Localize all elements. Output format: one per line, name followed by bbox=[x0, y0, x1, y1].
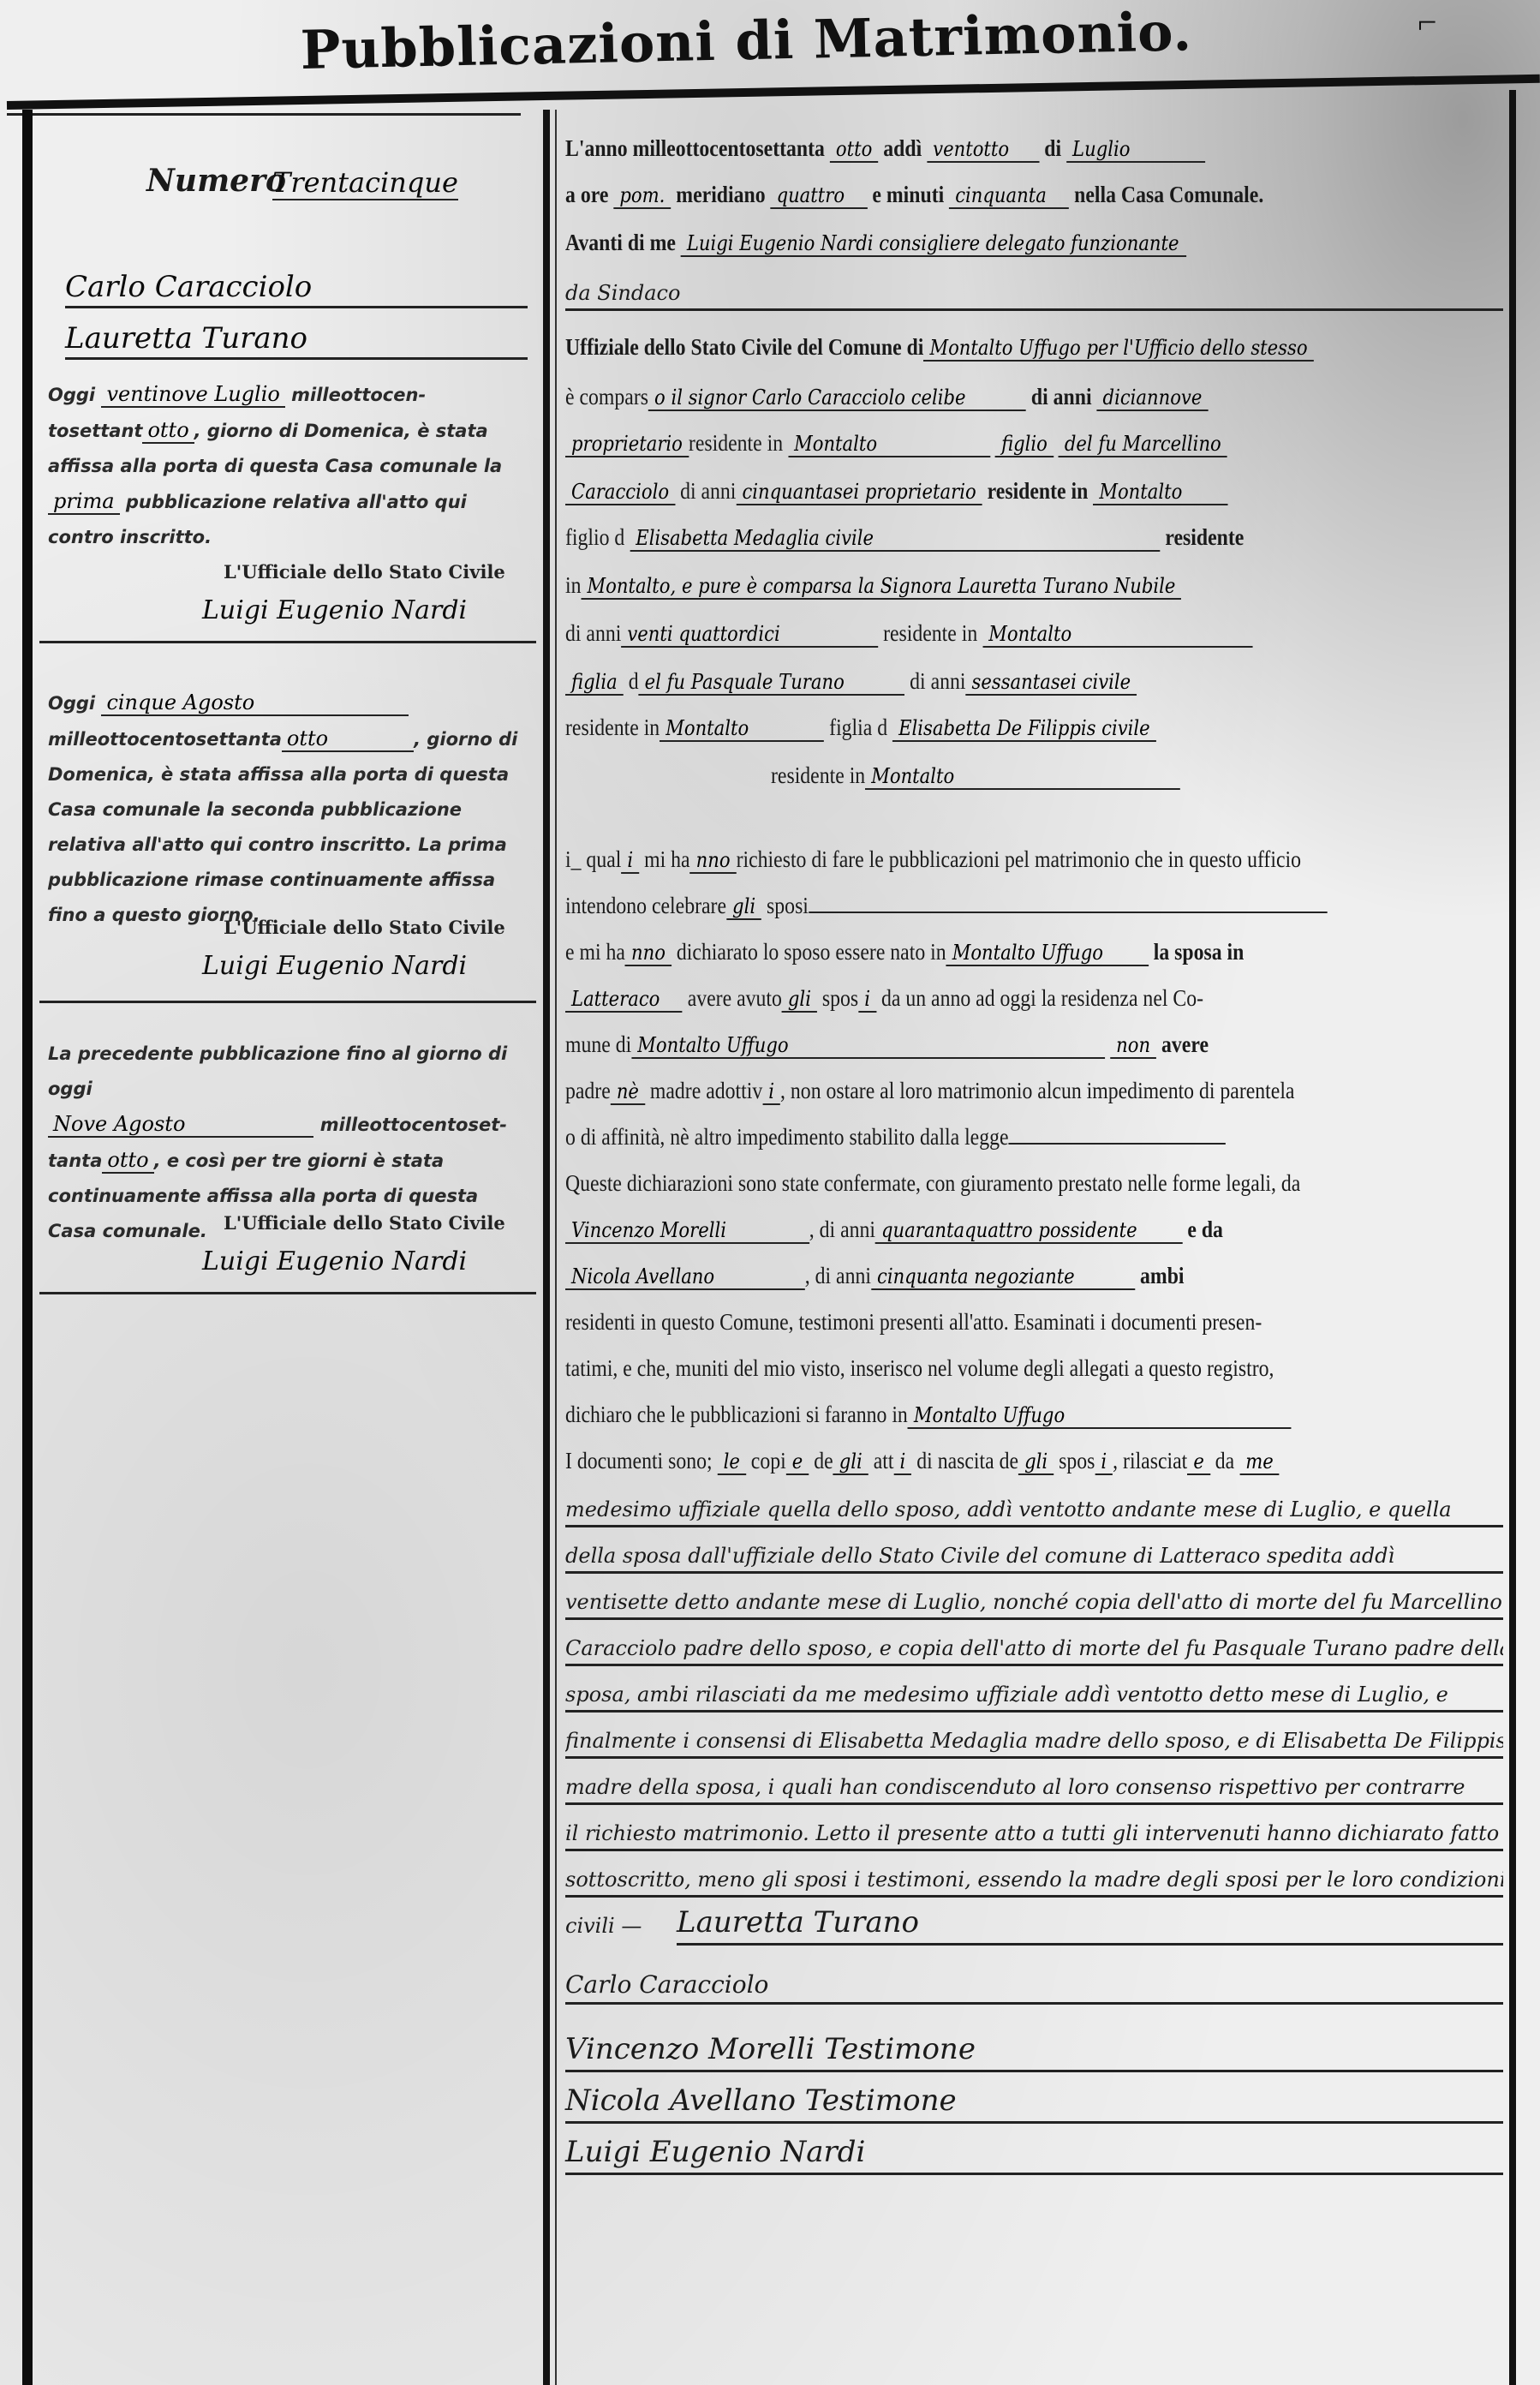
fill-value: gli bbox=[833, 1450, 868, 1475]
text: i bbox=[565, 846, 571, 872]
publication-place-line: dichiaro che le pubblicazioni si faranno… bbox=[565, 1402, 1391, 1429]
text: Avanti di me bbox=[565, 230, 676, 255]
text: , giorno di Domenica, è stata affissa al… bbox=[48, 729, 517, 925]
text: a ore bbox=[565, 182, 608, 207]
corner-mark: ⌐ bbox=[1418, 2, 1437, 42]
text: addì bbox=[883, 135, 922, 161]
groom-profession: proprietario bbox=[565, 432, 689, 457]
groom-father-surname: Caracciolo bbox=[565, 480, 675, 505]
witness-1-age: quarantaquattro possidente bbox=[875, 1218, 1182, 1244]
bride-residence: Montalto bbox=[982, 622, 1252, 648]
fill-value: gli bbox=[1018, 1450, 1054, 1475]
text: residente in bbox=[883, 620, 977, 646]
act-time-line: a ore pom. meridiano quattro e minuti ci… bbox=[565, 182, 1391, 209]
documents-list-line: I documenti sono; le copie degli atti di… bbox=[565, 1448, 1391, 1475]
text: La precedente pubblicazione fino al gior… bbox=[48, 1043, 507, 1099]
bride-age: venti quattordici bbox=[621, 622, 878, 648]
witness-1-line: Vincenzo Morelli, di anniquarantaquattro… bbox=[565, 1216, 1391, 1244]
officer-signature: Luigi Eugenio Nardi bbox=[202, 1246, 467, 1276]
text: Uffiziale dello Stato Civile del Comune … bbox=[565, 334, 923, 360]
oggi-label: Oggi bbox=[48, 693, 95, 714]
left-border bbox=[22, 110, 33, 2385]
text: tanta bbox=[48, 1151, 102, 1171]
right-border bbox=[1509, 90, 1516, 2385]
handwritten-line: civili — bbox=[565, 1914, 668, 1941]
comune-line: Uffiziale dello Stato Civile del Comune … bbox=[565, 334, 1391, 362]
text: spos bbox=[1059, 1448, 1095, 1473]
officer-line: Avanti di me Luigi Eugenio Nardi consigl… bbox=[565, 230, 1391, 257]
publication-place: Montalto Uffugo bbox=[908, 1403, 1291, 1429]
section-divider bbox=[39, 1001, 536, 1003]
text: di anni bbox=[565, 620, 621, 646]
closure-date: Nove Agosto bbox=[48, 1112, 313, 1138]
impediment-line: padrenè madre adottivi, non ostare al lo… bbox=[565, 1078, 1391, 1105]
text: e da bbox=[1187, 1216, 1223, 1242]
handwritten-line: medesimo uffiziale quella dello sposo, a… bbox=[565, 1497, 1503, 1527]
text: di nascita de bbox=[916, 1448, 1018, 1473]
text: figlio d bbox=[565, 524, 624, 550]
act-date-line: L'anno milleottocentosettanta otto addì … bbox=[565, 135, 1391, 163]
text: di bbox=[1044, 135, 1061, 161]
groom-residence-line: proprietarioresidente in Montalto figlio… bbox=[565, 430, 1391, 457]
text: è compars bbox=[565, 384, 648, 409]
handwritten-line: finalmente i consensi di Elisabetta Meda… bbox=[565, 1729, 1503, 1759]
blank-line bbox=[809, 912, 1327, 913]
text: d bbox=[629, 668, 639, 694]
officer-signature: Luigi Eugenio Nardi bbox=[202, 595, 467, 625]
groom-residence: Montalto bbox=[788, 432, 990, 457]
groom-father-line: Caracciolo di annicinquantasei proprieta… bbox=[565, 478, 1391, 505]
text: residenti in questo Comune, testimoni pr… bbox=[565, 1309, 1262, 1335]
section-divider bbox=[39, 641, 536, 643]
text: intendono celebrare bbox=[565, 893, 726, 918]
numero-label: Numero bbox=[146, 163, 286, 199]
comune-value: Montalto Uffugo per l'Ufficio dello stes… bbox=[923, 336, 1313, 362]
officer-label: L'Ufficiale dello Stato Civile bbox=[224, 917, 505, 938]
text: de bbox=[814, 1448, 833, 1473]
handwritten-line: della sposa dall'uffiziale dello Stato C… bbox=[565, 1544, 1503, 1574]
second-publication: Oggi cinque Agosto milleottocentosettant… bbox=[48, 685, 532, 933]
second-publication-year: otto bbox=[282, 726, 414, 752]
handwritten-line: sposa, ambi rilasciati da me medesimo uf… bbox=[565, 1683, 1503, 1713]
handwritten-line: ventisette detto andante mese di Luglio,… bbox=[565, 1590, 1503, 1620]
hour-value: quattro bbox=[771, 183, 868, 209]
signature-officer: Luigi Eugenio Nardi bbox=[565, 2135, 1503, 2175]
officer-label: L'Ufficiale dello Stato Civile bbox=[224, 1212, 505, 1234]
bride-mother-line: residente inMontalto figlia d Elisabetta… bbox=[565, 714, 1391, 742]
first-publication: Oggi ventinove Luglio milleottocen- tose… bbox=[48, 377, 532, 555]
fill-value: gli bbox=[782, 987, 817, 1013]
column-divider bbox=[543, 110, 550, 2385]
groom-relation: figlio bbox=[995, 432, 1054, 457]
groom-mother: Elisabetta Medaglia civile bbox=[630, 526, 1160, 552]
officer-role: da Sindaco bbox=[565, 281, 1503, 311]
bride-father: el fu Pasquale Turano bbox=[639, 670, 905, 696]
text: di anni bbox=[1031, 384, 1092, 409]
handwritten-line: Caracciolo padre dello sposo, e copia de… bbox=[565, 1636, 1503, 1666]
text: copi bbox=[751, 1448, 786, 1473]
fill-value: i bbox=[1095, 1450, 1113, 1475]
text: sposi bbox=[767, 893, 809, 918]
celebrate-line: intendono celebraregli sposi bbox=[565, 893, 1391, 920]
text: qual bbox=[586, 846, 621, 872]
groom-line: è comparso il signor Carlo Caracciolo ce… bbox=[565, 384, 1391, 411]
handwritten-line: madre della sposa, i quali han condiscen… bbox=[565, 1775, 1503, 1805]
bride-mother-residence-line: residente inMontalto bbox=[771, 762, 1540, 790]
fill-value: i bbox=[762, 1079, 780, 1105]
witness-1-name: Vincenzo Morelli bbox=[565, 1218, 809, 1244]
fill-value: i bbox=[893, 1450, 911, 1475]
text: milleottocentosettanta bbox=[48, 729, 282, 750]
text: la sposa in bbox=[1154, 939, 1245, 965]
text: dichiarato lo sposo essere nato in bbox=[677, 939, 946, 965]
bride-line: inMontalto, e pure è comparsa la Signora… bbox=[565, 572, 1391, 600]
bride-father-residence: Montalto bbox=[660, 716, 824, 742]
text: o di affinità, nè altro impedimento stab… bbox=[565, 1124, 1009, 1150]
bride-father-age: sessantasei civile bbox=[966, 670, 1137, 696]
fill-value: i bbox=[621, 848, 639, 874]
text: ambi bbox=[1140, 1263, 1184, 1288]
handwritten-line: sottoscritto, meno gli sposi i testimoni… bbox=[565, 1868, 1503, 1898]
residence-line: Latteraco avere avutogli sposi da un ann… bbox=[565, 985, 1391, 1013]
text: spos bbox=[822, 985, 858, 1011]
fill-value: gli bbox=[726, 894, 761, 920]
text: avere avuto bbox=[688, 985, 782, 1011]
groom-father-residence: Montalto bbox=[1093, 480, 1227, 505]
bride-relation: figlia bbox=[565, 670, 624, 696]
text: e minuti bbox=[872, 182, 944, 207]
groom-age: diciannove bbox=[1097, 386, 1209, 411]
affinity-line: o di affinità, nè altro impedimento stab… bbox=[565, 1124, 1391, 1151]
first-publication-year: otto bbox=[142, 418, 194, 444]
text: meridiano bbox=[676, 182, 765, 207]
text: L'anno milleottocentosettanta bbox=[565, 135, 825, 161]
section-divider bbox=[39, 1292, 536, 1294]
year-value: otto bbox=[830, 137, 878, 163]
first-publication-date: ventinove Luglio bbox=[101, 382, 284, 408]
fill-value: le bbox=[718, 1450, 746, 1475]
oggi-label: Oggi bbox=[48, 385, 95, 405]
column-divider-thin bbox=[555, 110, 557, 2385]
groom-birthplace: Montalto Uffugo bbox=[946, 941, 1149, 966]
text: da bbox=[1215, 1448, 1234, 1473]
text: , rilasciat bbox=[1113, 1448, 1187, 1473]
groom-name: Carlo Caracciolo bbox=[65, 270, 528, 308]
bride-name: Lauretta Turano bbox=[65, 321, 528, 360]
text: att bbox=[874, 1448, 894, 1473]
text: residente in bbox=[988, 478, 1089, 504]
text: residente in bbox=[771, 762, 865, 788]
numero-value: Trentacinque bbox=[272, 166, 458, 200]
comune-residence-line: mune diMontalto Uffugo non avere bbox=[565, 1031, 1391, 1059]
text: residente bbox=[1165, 524, 1244, 550]
signature-witness-2: Nicola Avellano Testimone bbox=[565, 2083, 1503, 2124]
residents-line: residenti in questo Comune, testimoni pr… bbox=[565, 1309, 1391, 1336]
fill-value: me bbox=[1239, 1450, 1280, 1475]
header-rule bbox=[7, 75, 1540, 110]
document-title: Pubblicazioni di Matrimonio. bbox=[300, 0, 1193, 81]
fill-value: nno bbox=[625, 941, 672, 966]
text: in bbox=[565, 572, 581, 598]
text: da un anno ad oggi la residenza nel Co- bbox=[881, 985, 1203, 1011]
text: dichiaro che le pubblicazioni si faranno… bbox=[565, 1402, 908, 1427]
signature-bride: Lauretta Turano bbox=[677, 1905, 1503, 1946]
first-publication-ordinal: prima bbox=[48, 489, 120, 515]
second-publication-date: cinque Agosto bbox=[101, 690, 409, 716]
bride-age-line: di anniventi quattordici residente in Mo… bbox=[565, 620, 1391, 648]
documents-line: tatimi, e che, muniti del mio visto, ins… bbox=[565, 1355, 1391, 1382]
birthplace-line: e mi hanno dichiarato lo sposo essere na… bbox=[565, 939, 1391, 966]
witness-2-age: cinquanta negoziante bbox=[871, 1264, 1135, 1290]
text: tosettant bbox=[48, 421, 142, 441]
text: avere bbox=[1161, 1031, 1209, 1057]
text: mi ha bbox=[644, 846, 689, 872]
officer-signature: Luigi Eugenio Nardi bbox=[202, 951, 467, 981]
bride-mother-residence: Montalto bbox=[865, 764, 1180, 790]
text: di anni bbox=[910, 668, 965, 694]
bride-father-line: figlia del fu Pasquale Turano di annises… bbox=[565, 668, 1391, 696]
request-line: i_ quali mi hannorichiesto di fare le pu… bbox=[565, 846, 1391, 874]
text: milleottocentoset- bbox=[320, 1115, 507, 1135]
groom-declaration: o il signor Carlo Caracciolo celibe bbox=[648, 386, 1026, 411]
text: e mi ha bbox=[565, 939, 625, 965]
fill-value: nno bbox=[690, 848, 737, 874]
text: figlia d bbox=[829, 714, 887, 740]
minutes-value: cinquanta bbox=[949, 183, 1069, 209]
non-value: non bbox=[1110, 1033, 1156, 1059]
text: Queste dichiarazioni sono state conferma… bbox=[565, 1170, 1300, 1196]
fill-value: e bbox=[1187, 1450, 1210, 1475]
bride-mother: Elisabetta De Filippis civile bbox=[892, 716, 1156, 742]
closure-year: otto bbox=[102, 1148, 153, 1174]
signature-groom: Carlo Caracciolo bbox=[565, 1970, 1503, 2005]
header-rule-thin bbox=[7, 113, 521, 116]
blank-line bbox=[1009, 1143, 1226, 1145]
fill-value: nè bbox=[611, 1079, 645, 1105]
text: residente in bbox=[565, 714, 660, 740]
witness-2-line: Nicola Avellano, di annicinquanta negozi… bbox=[565, 1263, 1391, 1290]
text: , di anni bbox=[805, 1263, 871, 1288]
meridian-value: pom. bbox=[613, 183, 671, 209]
residence-comune: Montalto Uffugo bbox=[631, 1033, 1105, 1059]
text: mune di bbox=[565, 1031, 631, 1057]
groom-mother-line: figlio d Elisabetta Medaglia civile resi… bbox=[565, 524, 1391, 552]
text: residente in bbox=[689, 430, 783, 456]
text: milleottocen- bbox=[291, 385, 426, 405]
month-value: Luglio bbox=[1066, 137, 1205, 163]
text: richiesto di fare le pubblicazioni pel m… bbox=[737, 846, 1301, 872]
text: madre adottiv bbox=[650, 1078, 762, 1103]
officer-label: L'Ufficiale dello Stato Civile bbox=[224, 561, 505, 583]
text: nella Casa Comunale. bbox=[1074, 182, 1263, 207]
witness-2-name: Nicola Avellano bbox=[565, 1264, 805, 1290]
officer-name: Luigi Eugenio Nardi consigliere delegato… bbox=[681, 231, 1186, 257]
fill-value: i bbox=[858, 987, 876, 1013]
bride-birthplace: Latteraco bbox=[565, 987, 683, 1013]
groom-father-age: cinquantasei proprietario bbox=[736, 480, 982, 505]
text: , non ostare al loro matrimonio alcun im… bbox=[780, 1078, 1294, 1103]
signature-witness-1: Vincenzo Morelli Testimone bbox=[565, 2032, 1503, 2072]
oath-line: Queste dichiarazioni sono state conferma… bbox=[565, 1170, 1391, 1197]
text: tatimi, e che, muniti del mio visto, ins… bbox=[565, 1355, 1274, 1381]
text: padre bbox=[565, 1078, 611, 1103]
document-page: ⌐ Pubblicazioni di Matrimonio. Numero Tr… bbox=[0, 0, 1540, 2385]
text: , di anni bbox=[809, 1216, 875, 1242]
day-value: ventotto bbox=[927, 137, 1039, 163]
text: I documenti sono; bbox=[565, 1448, 713, 1473]
handwritten-line: il richiesto matrimonio. Letto il presen… bbox=[565, 1821, 1503, 1851]
bride-declaration: Montalto, e pure è comparsa la Signora L… bbox=[581, 574, 1181, 600]
fill-value: e bbox=[786, 1450, 809, 1475]
text: di anni bbox=[680, 478, 736, 504]
groom-father: del fu Marcellino bbox=[1059, 432, 1227, 457]
